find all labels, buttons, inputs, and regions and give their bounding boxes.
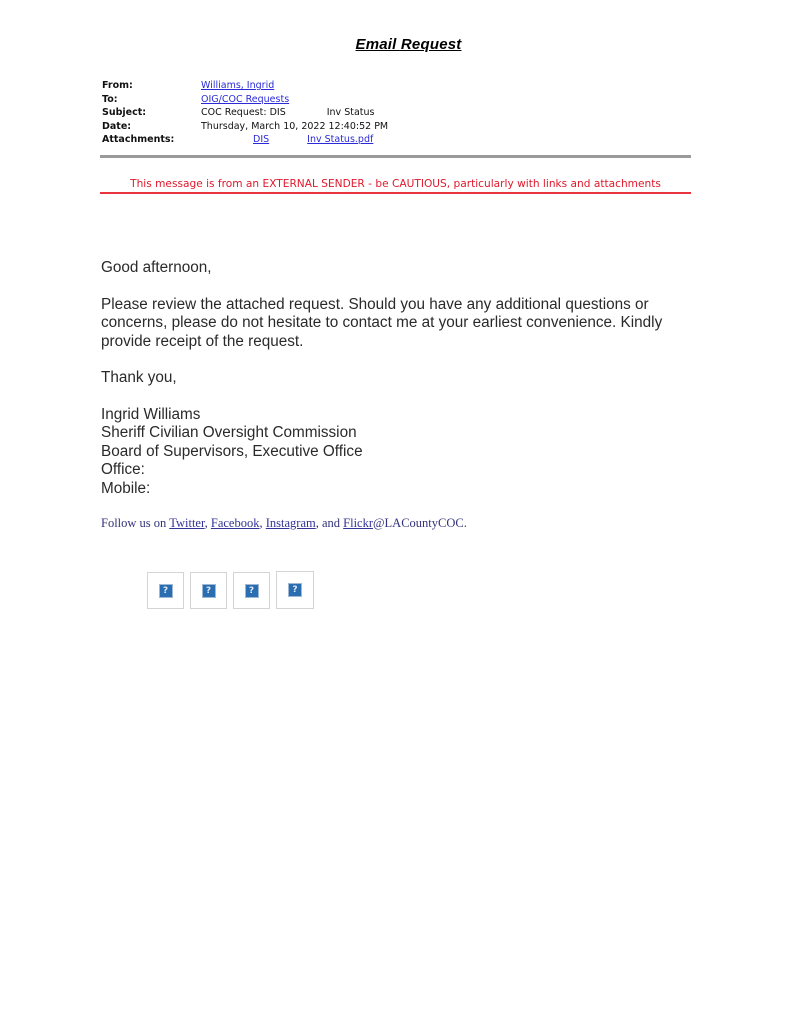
signature-org: Sheriff Civilian Oversight Commission	[101, 424, 701, 443]
broken-image-icon: ?	[288, 583, 302, 597]
attachment-link[interactable]: Inv Status.pdf	[307, 133, 373, 147]
instagram-link[interactable]: Instagram	[266, 516, 316, 530]
greeting: Good afternoon,	[101, 259, 701, 278]
separator: , and	[316, 516, 343, 530]
header-subject: Subject: COC Request: DIS Inv Status	[102, 106, 388, 120]
facebook-link[interactable]: Facebook	[211, 516, 260, 530]
follow-prefix: Follow us on	[101, 516, 169, 530]
warning-divider	[100, 192, 691, 194]
subject-value-part1: COC Request: DIS	[201, 106, 286, 120]
to-link[interactable]: OIG/COC Requests	[201, 93, 289, 107]
attachment-link[interactable]: DIS	[253, 133, 269, 147]
header-date: Date: Thursday, March 10, 2022 12:40:52 …	[102, 120, 388, 134]
page-title: Email Request	[0, 36, 791, 53]
subject-value-part2: Inv Status	[327, 106, 375, 120]
twitter-link[interactable]: Twitter	[169, 516, 204, 530]
signature-mobile: Mobile:	[101, 480, 701, 499]
subject-label: Subject:	[102, 106, 201, 120]
header-attachments: Attachments: DIS Inv Status.pdf	[102, 133, 388, 147]
email-body: Good afternoon, Please review the attach…	[101, 259, 701, 498]
from-label: From:	[102, 79, 201, 93]
social-handle: @LACountyCOC.	[373, 516, 467, 530]
signature-office: Office:	[101, 461, 701, 480]
image-placeholder[interactable]: ?	[233, 572, 270, 609]
header-to: To: OIG/COC Requests	[102, 93, 388, 107]
body-line: concerns, please do not hesitate to cont…	[101, 314, 701, 333]
body-line: Please review the attached request. Shou…	[101, 296, 701, 315]
social-image-row: ? ? ? ?	[147, 572, 320, 609]
date-value: Thursday, March 10, 2022 12:40:52 PM	[201, 120, 388, 134]
to-label: To:	[102, 93, 201, 107]
from-link[interactable]: Williams, Ingrid	[201, 79, 274, 93]
header-from: From: Williams, Ingrid	[102, 79, 388, 93]
broken-image-icon: ?	[245, 584, 259, 598]
image-placeholder[interactable]: ?	[190, 572, 227, 609]
signature-name: Ingrid Williams	[101, 406, 701, 425]
signature-dept: Board of Supervisors, Executive Office	[101, 443, 701, 462]
external-sender-warning: This message is from an EXTERNAL SENDER …	[100, 178, 691, 190]
email-headers: From: Williams, Ingrid To: OIG/COC Reque…	[102, 79, 388, 147]
image-placeholder[interactable]: ?	[276, 571, 314, 609]
broken-image-icon: ?	[159, 584, 173, 598]
date-label: Date:	[102, 120, 201, 134]
flickr-link[interactable]: Flickr	[343, 516, 373, 530]
body-line: provide receipt of the request.	[101, 333, 701, 352]
header-divider	[100, 155, 691, 158]
broken-image-icon: ?	[202, 584, 216, 598]
closing: Thank you,	[101, 369, 701, 388]
image-placeholder[interactable]: ?	[147, 572, 184, 609]
attachments-label: Attachments:	[102, 133, 201, 147]
social-follow-line: Follow us on Twitter, Facebook, Instagra…	[101, 516, 467, 531]
